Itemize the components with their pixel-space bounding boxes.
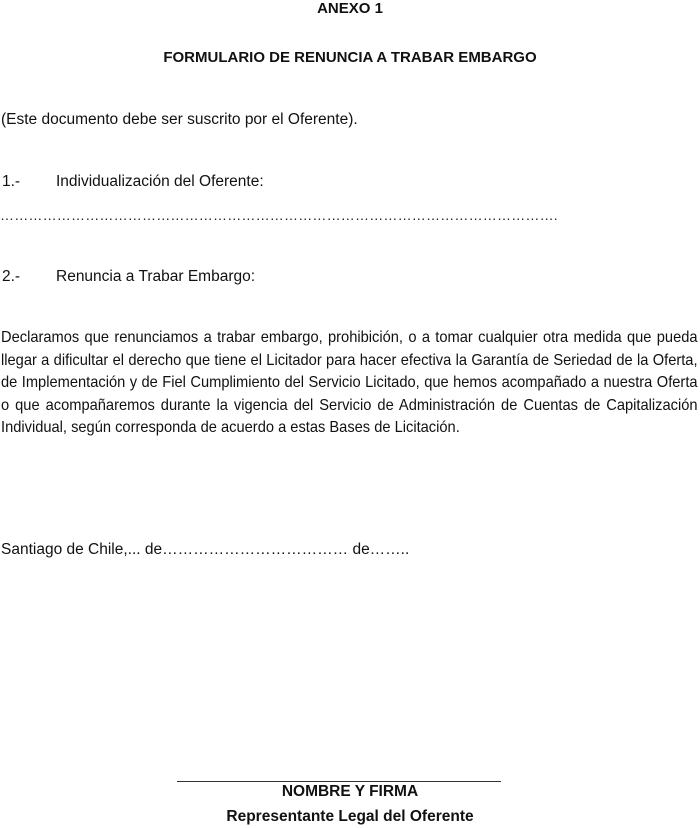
declaration-paragraph: Declaramos que renunciamos a trabar emba… bbox=[1, 327, 698, 440]
signature-line bbox=[177, 781, 501, 782]
signature-name-label: NOMBRE Y FIRMA bbox=[0, 783, 700, 801]
signature-role-label: Representante Legal del Oferente bbox=[0, 808, 700, 826]
section-1-number: 1.- bbox=[2, 173, 20, 191]
instruction-text: (Este documento debe ser suscrito por el… bbox=[1, 111, 358, 129]
section-1-label: Individualización del Oferente: bbox=[56, 173, 264, 191]
annex-title: ANEXO 1 bbox=[0, 0, 700, 17]
oferente-fill-line: ………………………………………………………………………………………………………. bbox=[0, 207, 558, 223]
section-2-label: Renuncia a Trabar Embargo: bbox=[56, 268, 255, 286]
form-title: FORMULARIO DE RENUNCIA A TRABAR EMBARGO bbox=[0, 49, 700, 66]
section-2-number: 2.- bbox=[2, 268, 20, 286]
place-date-line: Santiago de Chile,... de……………………………… de…… bbox=[1, 541, 409, 559]
